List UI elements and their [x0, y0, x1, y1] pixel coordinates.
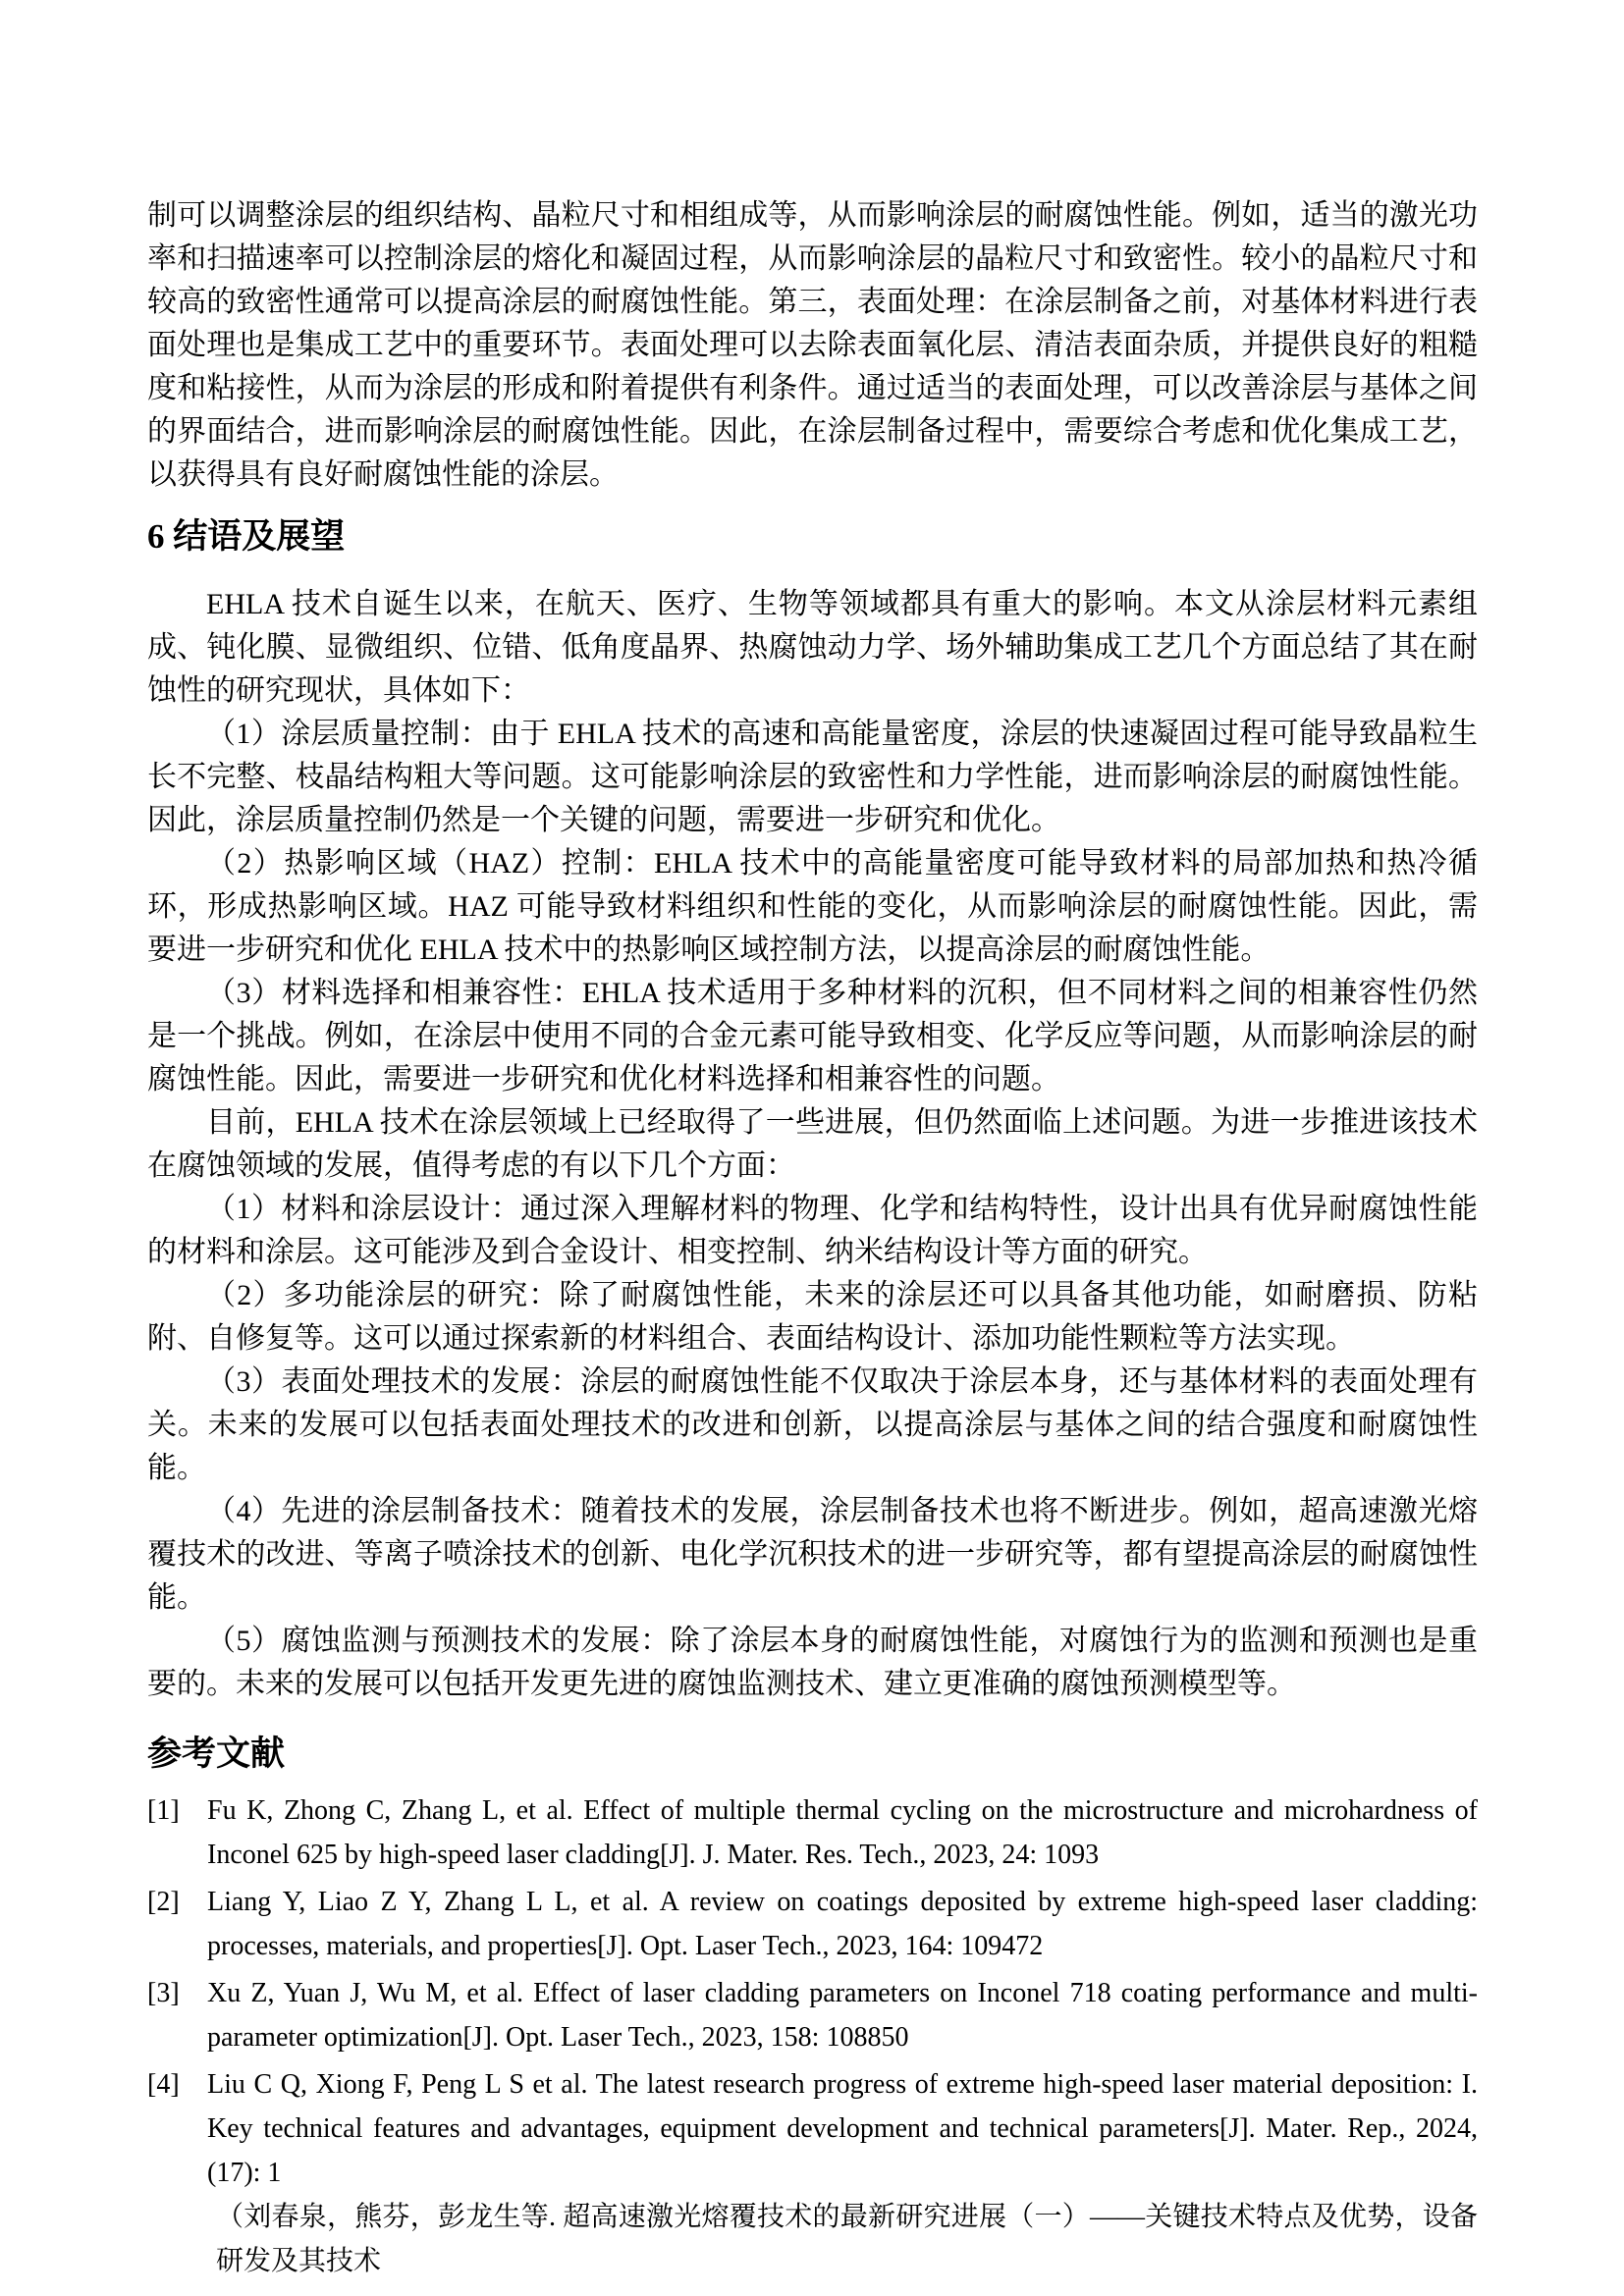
continued-paragraph: 制可以调整涂层的组织结构、晶粒尺寸和相组成等，从而影响涂层的耐腐蚀性能。例如，适… [147, 194, 1478, 497]
reference-item: [1] Fu K, Zhong C, Zhang L, et al. Effec… [147, 1789, 1478, 1877]
section-paragraph: （5）腐蚀监测与预测技术的发展：除了涂层本身的耐腐蚀性能，对腐蚀行为的监测和预测… [147, 1620, 1478, 1706]
reference-text: Liang Y, Liao Z Y, Zhang L L, et al. A r… [207, 1887, 1478, 1961]
section-paragraph: 目前，EHLA 技术在涂层领域上已经取得了一些进展，但仍然面临上述问题。为进一步… [147, 1101, 1478, 1188]
reference-text: Fu K, Zhong C, Zhang L, et al. Effect of… [207, 1795, 1478, 1870]
reference-label: [2] [147, 1880, 180, 1924]
section-paragraph: （2）热影响区域（HAZ）控制：EHLA 技术中的高能量密度可能导致材料的局部加… [147, 842, 1478, 972]
section-paragraph: （3）材料选择和相兼容性：EHLA 技术适用于多种材料的沉积，但不同材料之间的相… [147, 972, 1478, 1101]
reference-text: Liu C Q, Xiong F, Peng L S et al. The la… [207, 2069, 1478, 2188]
section-paragraph: （1）涂层质量控制：由于 EHLA 技术的高速和高能量密度，涂层的快速凝固过程可… [147, 713, 1478, 842]
section-paragraph: （1）材料和涂层设计：通过深入理解材料的物理、化学和结构特性，设计出具有优异耐腐… [147, 1188, 1478, 1274]
reference-label: [1] [147, 1789, 180, 1833]
reference-item: [3] Xu Z, Yuan J, Wu M, et al. Effect of… [147, 1971, 1478, 2059]
section-heading-conclusion: 6 结语及展望 [147, 514, 1478, 560]
reference-item: [2] Liang Y, Liao Z Y, Zhang L L, et al.… [147, 1880, 1478, 1968]
reference-text: Xu Z, Yuan J, Wu M, et al. Effect of las… [207, 1978, 1478, 2053]
section-paragraph: （4）先进的涂层制备技术：随着技术的发展，涂层制备技术也将不断进步。例如，超高速… [147, 1490, 1478, 1620]
reference-translation: （刘春泉，熊芬，彭龙生等. 超高速激光熔覆技术的最新研究进展（一）——关键技术特… [207, 2195, 1478, 2283]
reference-label: [3] [147, 1971, 180, 2015]
reference-item: [4] Liu C Q, Xiong F, Peng L S et al. Th… [147, 2062, 1478, 2283]
section-paragraph: EHLA 技术自诞生以来，在航天、医疗、生物等领域都具有重大的影响。本文从涂层材… [147, 583, 1478, 713]
reference-label: [4] [147, 2062, 180, 2107]
references-heading: 参考文献 [147, 1732, 1478, 1777]
section-paragraph: （2）多功能涂层的研究：除了耐腐蚀性能，未来的涂层还可以具备其他功能，如耐磨损、… [147, 1274, 1478, 1361]
section-paragraph: （3）表面处理技术的发展：涂层的耐腐蚀性能不仅取决于涂层本身，还与基体材料的表面… [147, 1361, 1478, 1490]
manuscript-page: 制可以调整涂层的组织结构、晶粒尺寸和相组成等，从而影响涂层的耐腐蚀性能。例如，适… [0, 0, 1624, 2296]
reference-list: [1] Fu K, Zhong C, Zhang L, et al. Effec… [147, 1789, 1478, 2283]
